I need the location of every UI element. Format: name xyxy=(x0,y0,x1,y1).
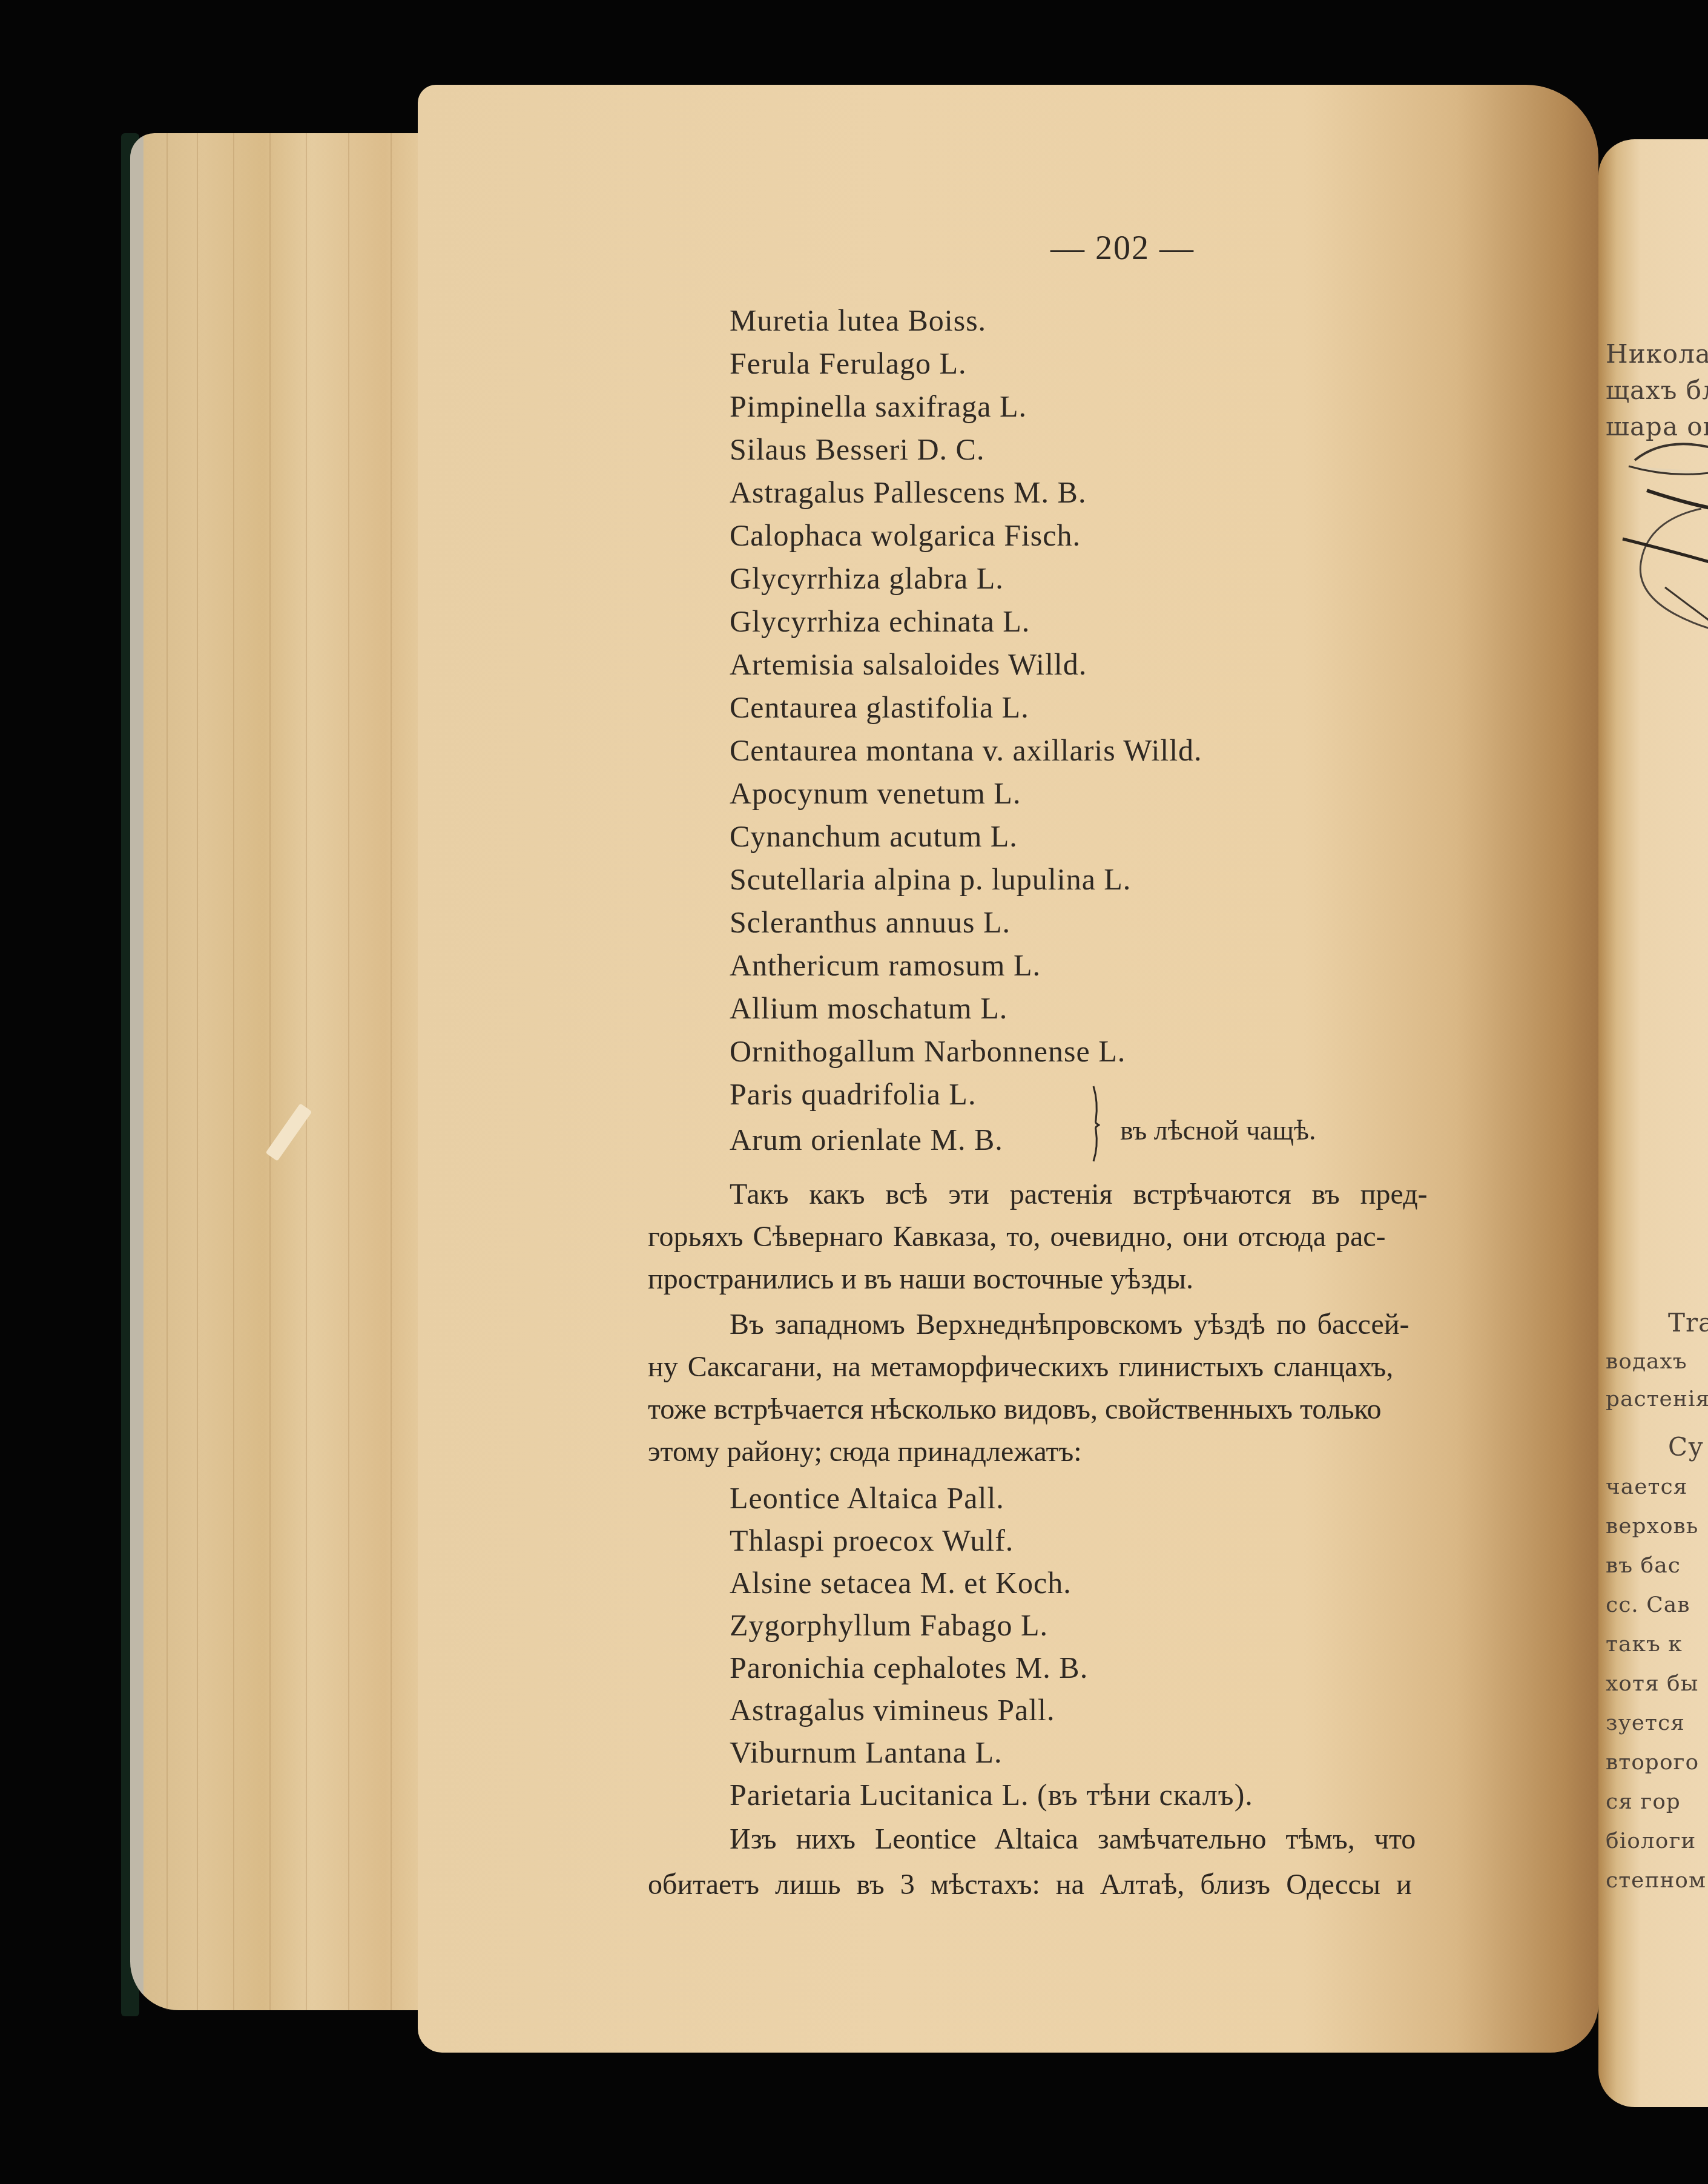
species-entry: Artemisia salsaloides Willd. xyxy=(730,647,1087,682)
species-entry: Astragalus Pallescens M. B. xyxy=(730,475,1086,510)
species-entry: Viburnum Lantana L. xyxy=(730,1735,1003,1770)
paragraph-line: этому району; сюда принадлежатъ: xyxy=(648,1435,1082,1468)
paragraph-line: Въ западномъ Верхнеднѣпровскомъ уѣздѣ по… xyxy=(730,1308,1409,1341)
facing-line: такъ к xyxy=(1606,1632,1708,1657)
species-entry: Parietaria Lucitanica L. (въ тѣни скалъ)… xyxy=(730,1777,1253,1812)
facing-line: хотя бы xyxy=(1606,1671,1708,1696)
facing-line: въ бас xyxy=(1606,1553,1708,1578)
paragraph-line: Изъ нихъ Leontice Altaica замѣчательно т… xyxy=(730,1823,1416,1856)
species-entry: Glycyrrhiza glabra L. xyxy=(730,561,1004,596)
species-entry: Centaurea glastifolia L. xyxy=(730,690,1029,725)
species-entry: Glycyrrhiza echinata L. xyxy=(730,604,1030,639)
species-entry: Alsine setacea M. et Koch. xyxy=(730,1565,1072,1600)
facing-line: Tra xyxy=(1668,1308,1708,1338)
species-entry: Leontice Altaica Pall. xyxy=(730,1480,1004,1516)
page-edges-stack xyxy=(130,133,427,2010)
facing-line: второго xyxy=(1606,1750,1708,1775)
species-entry: Thlaspi proecox Wulf. xyxy=(730,1523,1014,1558)
species-entry: Scleranthus annuus L. xyxy=(730,905,1011,940)
species-entry: Anthericum ramosum L. xyxy=(730,948,1041,983)
facing-line: біологи xyxy=(1606,1829,1708,1853)
paragraph-line: обитаетъ лишь въ 3 мѣстахъ: на Алтаѣ, бл… xyxy=(648,1868,1412,1901)
facing-line: Николаев xyxy=(1606,339,1708,369)
species-entry: Cynanchum acutum L. xyxy=(730,819,1018,854)
species-entry: Muretia lutea Boiss. xyxy=(730,303,986,338)
facing-line: водахъ xyxy=(1606,1349,1708,1374)
facing-line: щахъ бли xyxy=(1606,375,1708,405)
flower-illustration xyxy=(1611,424,1708,969)
species-entry: Pimpinella saxifraga L. xyxy=(730,389,1027,424)
facing-line: верховь xyxy=(1606,1514,1708,1539)
paragraph-line: пространились и въ наши восточные уѣзды. xyxy=(648,1262,1193,1296)
facing-line: Су xyxy=(1668,1432,1708,1462)
species-entry: Ferula Ferulago L. xyxy=(730,346,967,381)
species-entry: Apocynum venetum L. xyxy=(730,776,1021,811)
species-entry: Calophaca wolgarica Fisch. xyxy=(730,518,1081,553)
species-entry: Allium moschatum L. xyxy=(730,991,1007,1026)
facing-line: ся гор xyxy=(1606,1789,1708,1814)
species-entry: Silaus Besseri D. C. xyxy=(730,432,984,467)
paragraph-line: тоже встрѣчается нѣсколько видовъ, свойс… xyxy=(648,1393,1381,1426)
facing-line: растенія xyxy=(1606,1387,1708,1411)
facing-line: сс. Сав xyxy=(1606,1592,1708,1617)
species-entry: Zygorphyllum Fabago L. xyxy=(730,1608,1048,1643)
species-entry: Arum orienlate M. B. xyxy=(730,1122,1003,1157)
species-entry: Scutellaria alpina p. lupulina L. xyxy=(730,862,1131,897)
species-entry: Paris quadrifolia L. xyxy=(730,1077,976,1112)
species-entry: Paronichia cephalotes M. B. xyxy=(730,1650,1088,1685)
facing-line: чается xyxy=(1606,1474,1708,1499)
species-entry: Ornithogallum Narbonnense L. xyxy=(730,1034,1126,1069)
habitat-note: въ лѣсной чащѣ. xyxy=(1120,1114,1316,1146)
facing-line: степном xyxy=(1606,1868,1708,1893)
species-entry: Centaurea montana v. axillaris Willd. xyxy=(730,733,1202,768)
species-entry: Astragalus vimineus Pall. xyxy=(730,1692,1055,1727)
book-page xyxy=(418,85,1598,2053)
page-number: — 202 — xyxy=(1050,229,1195,268)
facing-line: зуется xyxy=(1606,1711,1708,1735)
paper-tear xyxy=(265,1103,312,1161)
paragraph-line: Такъ какъ всѣ эти растенія встрѣчаются в… xyxy=(730,1178,1428,1211)
paragraph-line: горьяхъ Сѣвернаго Кавказа, то, очевидно,… xyxy=(648,1220,1386,1253)
brace-bracket xyxy=(1090,1084,1103,1163)
facing-line: шара онс xyxy=(1606,412,1708,441)
paragraph-line: ну Саксагани, на метаморфическихъ глинис… xyxy=(648,1350,1393,1384)
